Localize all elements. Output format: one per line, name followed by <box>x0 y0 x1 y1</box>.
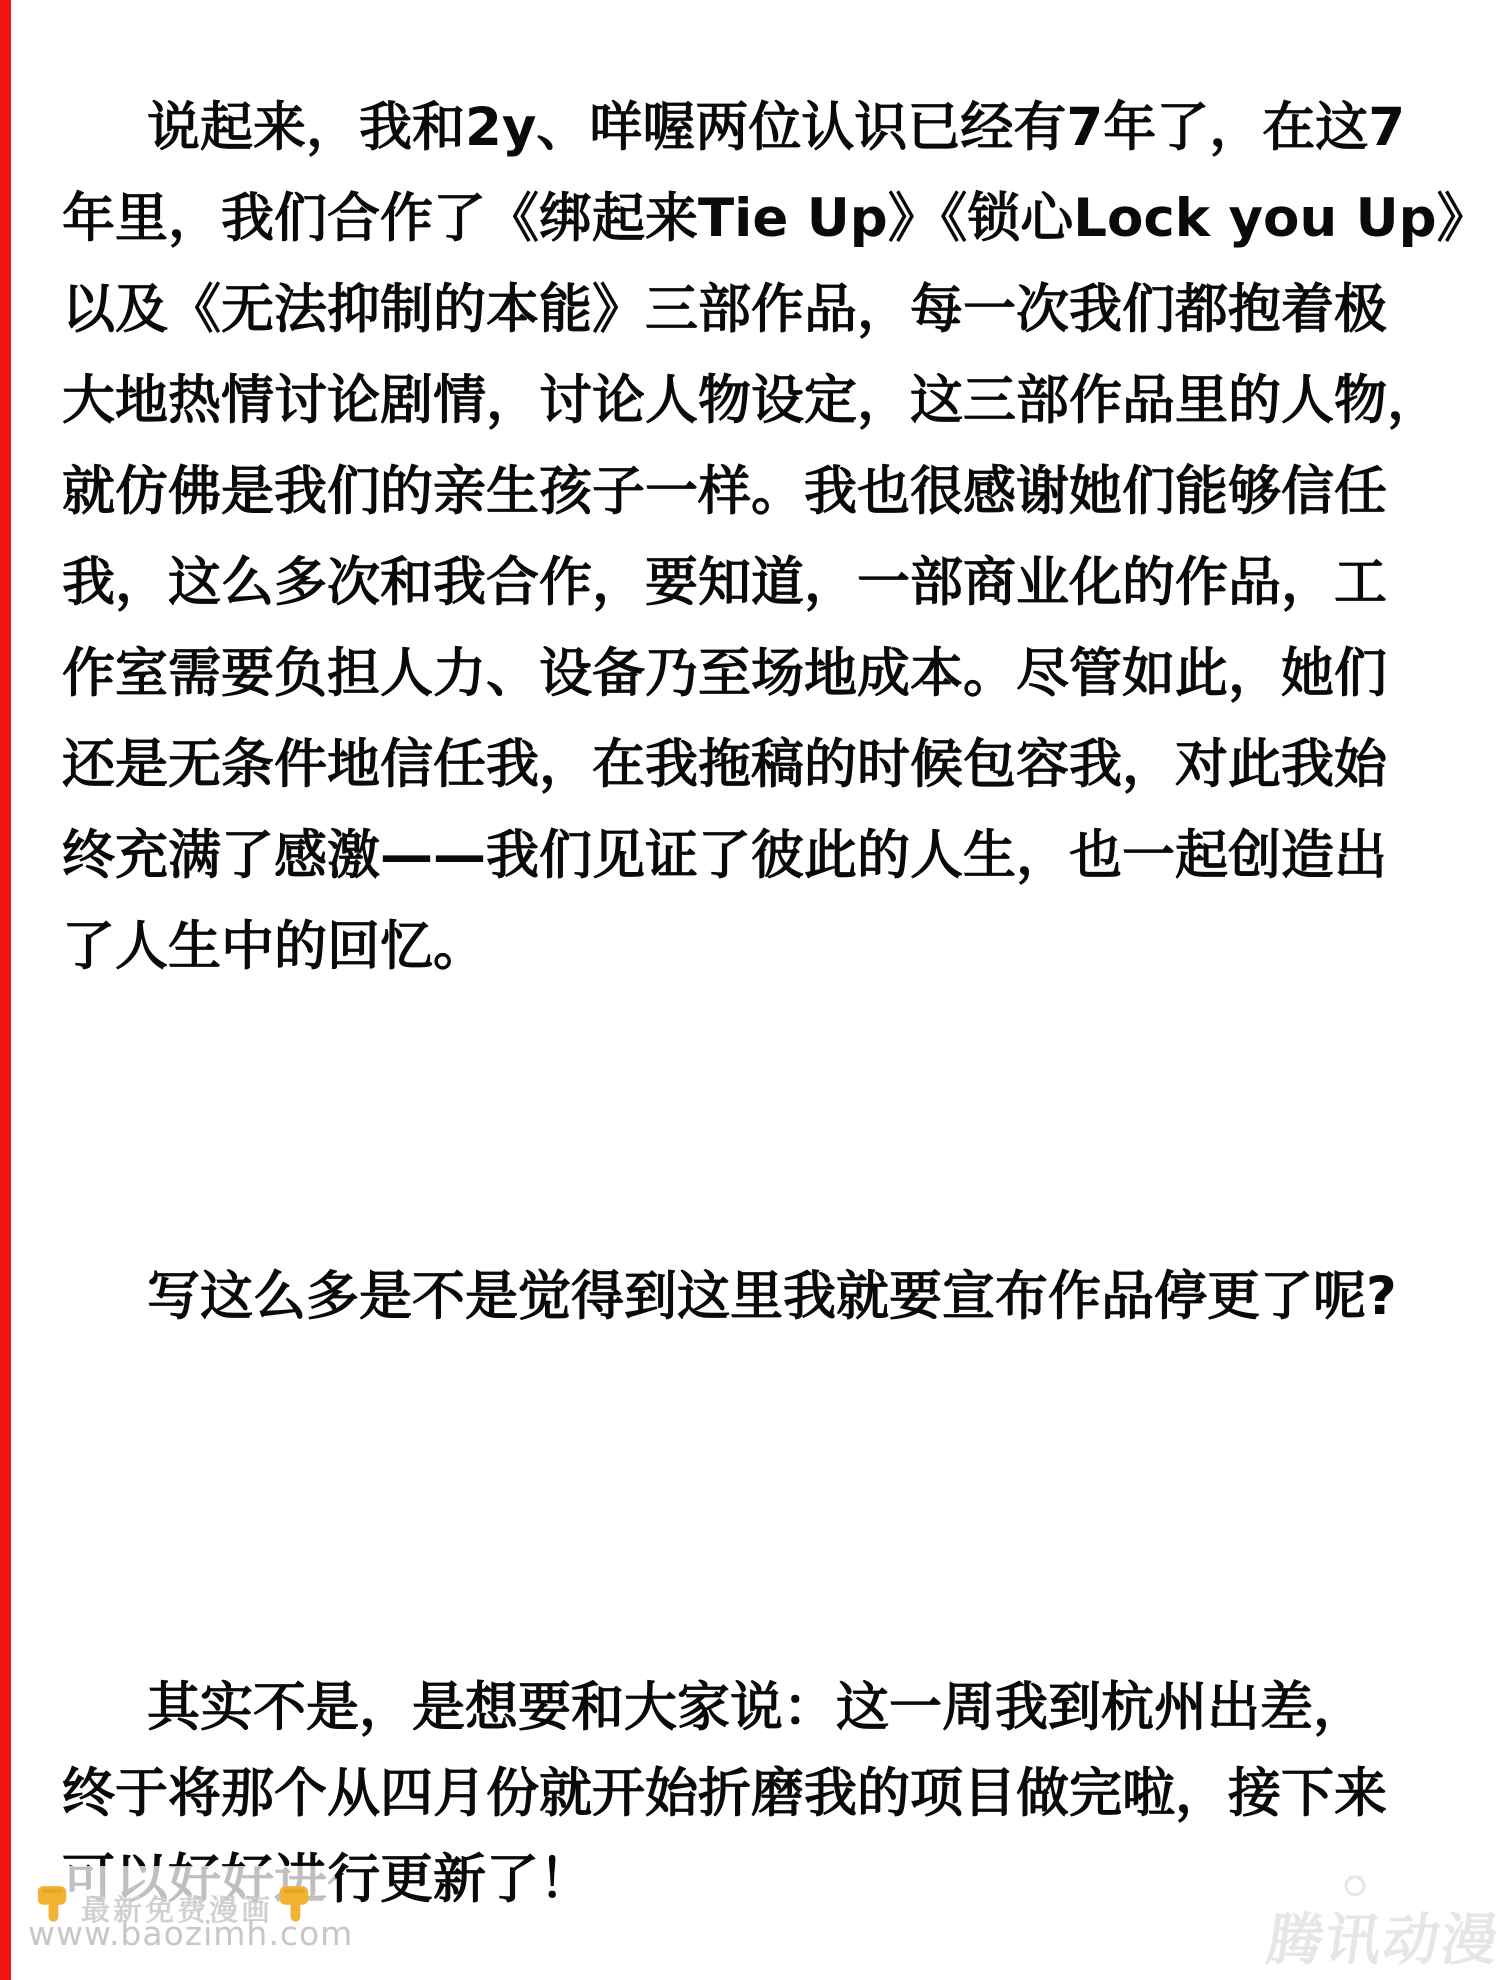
text-line: 写这么多是不是觉得到这里我就要宣布作品停更了呢? <box>62 1251 1482 1342</box>
point-down-hand-icon <box>279 1883 311 1923</box>
left-red-stripe <box>0 0 11 1980</box>
text-line: 说起来，我和2y、咩喔两位认识已经有7年了，在这7 <box>62 82 1482 173</box>
text-line: 终充满了感激——我们见证了彼此的人生，也一起创造出 <box>62 810 1482 901</box>
paragraph-question: 写这么多是不是觉得到这里我就要宣布作品停更了呢? <box>62 1251 1482 1342</box>
point-down-hand-icon <box>37 1883 69 1923</box>
tencent-comics-logo: 腾讯动漫 <box>1262 1896 1500 1976</box>
text-line: 以及《无法抑制的本能》三部作品，每一次我们都抱着极 <box>62 264 1482 355</box>
text-line: 年里，我们合作了《绑起来Tie Up》《锁心Lock you Up》 <box>62 173 1482 264</box>
paragraph-intro: 说起来，我和2y、咩喔两位认识已经有7年了，在这7年里，我们合作了《绑起来Tie… <box>62 82 1482 992</box>
text-line: 就仿佛是我们的亲生孩子一样。我也很感谢她们能够信任 <box>62 446 1482 537</box>
text-line: 其实不是，是想要和大家说：这一周我到杭州出差， <box>62 1665 1482 1751</box>
text-line: 大地热情讨论剧情，讨论人物设定，这三部作品里的人物， <box>62 355 1482 446</box>
text-line: 终于将那个从四月份就开始折磨我的项目做完啦，接下来 <box>62 1751 1482 1837</box>
text-line: 作室需要负担人力、设备乃至场地成本。尽管如此，她们 <box>62 628 1482 719</box>
text-line: 我，这么多次和我合作，要知道，一部商业化的作品，工 <box>62 537 1482 628</box>
tencent-crown-icon <box>1342 1872 1368 1896</box>
comic-afterword-page: 说起来，我和2y、咩喔两位认识已经有7年了，在这7年里，我们合作了《绑起来Tie… <box>0 0 1500 1980</box>
text-line: 还是无条件地信任我，在我拖稿的时候包容我，对此我始 <box>62 719 1482 810</box>
text-line: 了人生中的回忆。 <box>62 901 1482 992</box>
